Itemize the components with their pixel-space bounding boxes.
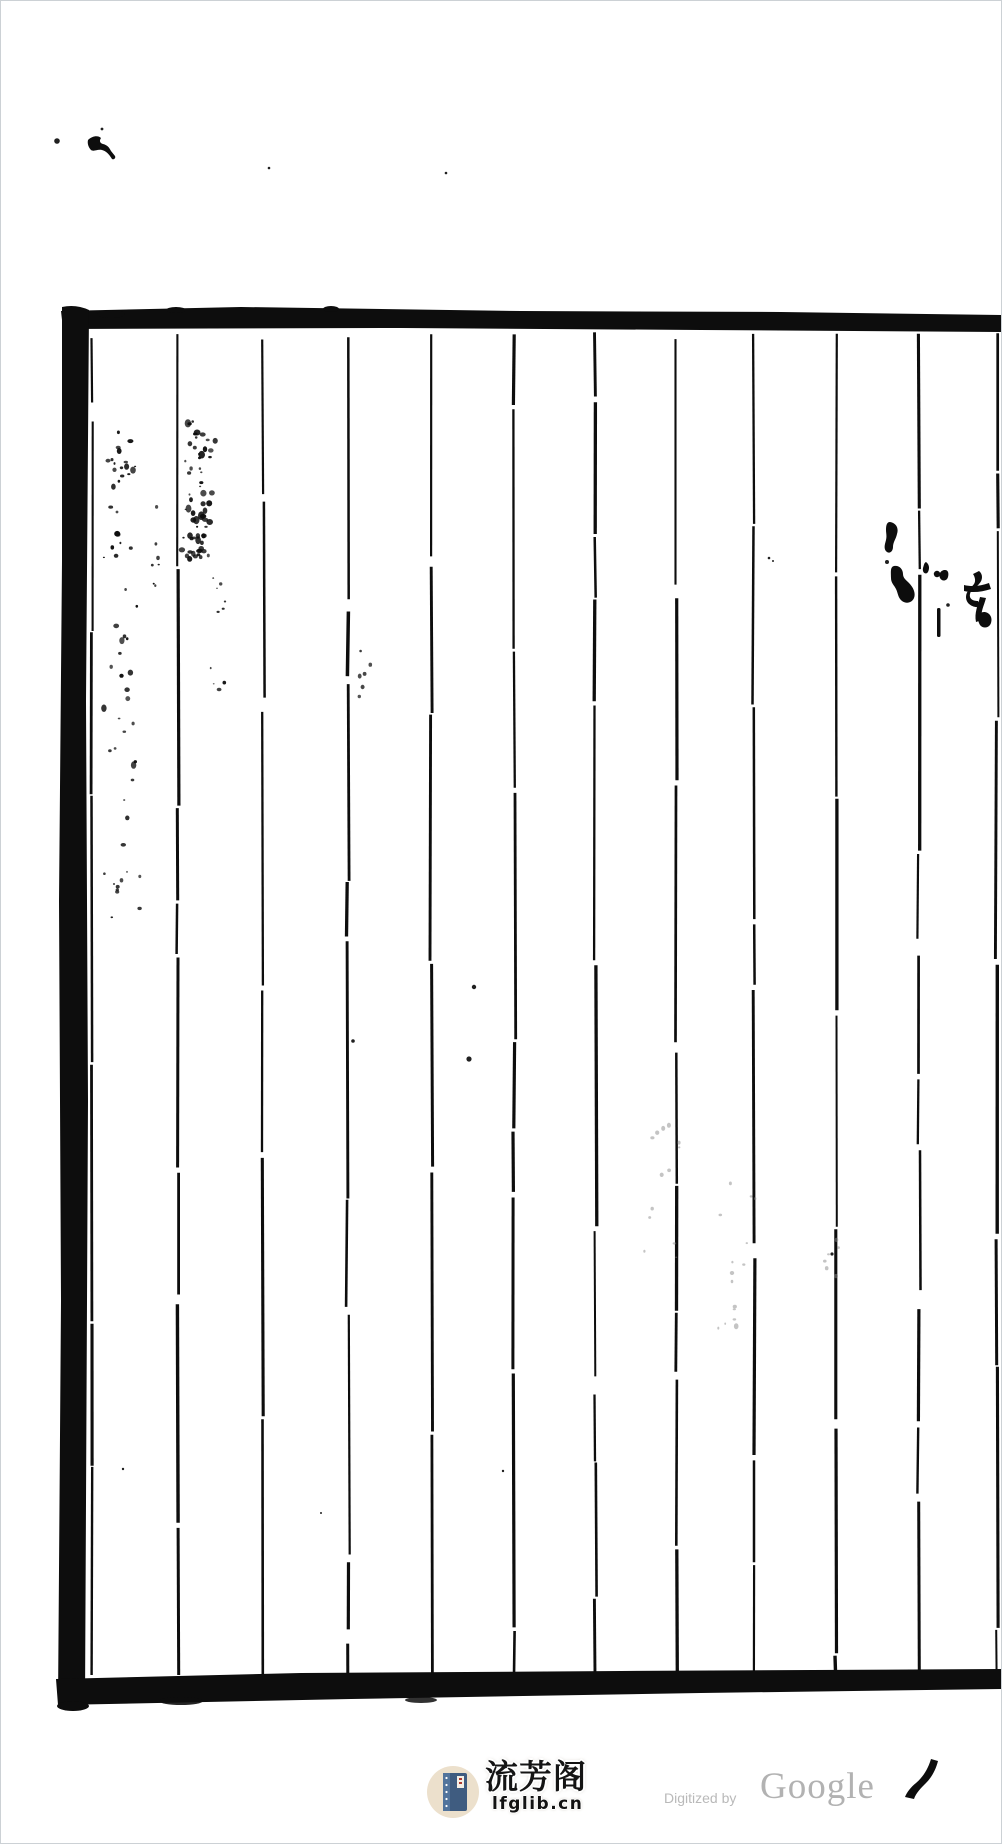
column-rule-line [92,1467,93,1675]
ink-speck [108,749,112,752]
ink-speck [746,1242,748,1244]
column-rule-line [677,1549,678,1675]
ink-speck [185,419,191,427]
column-rule-line [432,1173,433,1432]
column-rule-line [753,526,754,704]
column-rule-line [432,1435,433,1675]
column-rule-line [919,511,920,569]
column-rule-line [92,338,93,402]
column-rule-line [996,1239,997,1365]
ink-speck [212,577,214,578]
ink-speck [126,871,128,873]
ink-speck [116,885,120,889]
column-rule-line [596,965,597,1226]
ink-speck [203,446,207,452]
ink-dot [445,172,448,175]
ink-speck [112,468,116,472]
column-rule-line [595,1231,596,1376]
ink-speck [124,463,129,469]
ink-speck [108,506,113,509]
ink-speck [200,490,206,497]
ink-speck [837,1246,840,1249]
ink-speck [124,588,127,591]
ink-speck [219,582,222,585]
ink-speck [733,1318,737,1320]
ink-speck [154,584,156,587]
ink-speck [120,475,124,478]
ink-squiggle-top-left [88,136,116,159]
ink-dot [885,560,889,564]
column-rule-line [595,537,596,598]
page-frame-top-border [61,307,1002,332]
ink-speck [217,688,222,692]
column-rule-line [178,1528,179,1675]
ink-speck [358,695,361,698]
ink-speck [361,685,365,689]
ink-speck [113,883,115,885]
column-rule-line [513,1374,514,1628]
ink-dot [472,985,476,989]
column-rule-line [676,1380,677,1546]
column-rule-line [432,964,433,1167]
column-rule-line [754,1258,755,1455]
ink-speck [363,672,367,676]
ink-speck [667,1123,671,1128]
ink-speck [117,431,120,435]
ink-speck [115,890,119,893]
ink-speck [206,439,210,442]
ink-speck [129,546,133,549]
ink-speck [213,683,215,684]
ink-speck [136,605,139,608]
ink-speck [204,526,207,528]
ink-speck [200,541,204,545]
ink-dot [351,1039,355,1043]
ink-dot [466,1056,471,1061]
column-rule-line [754,707,755,919]
ink-dot [122,1468,124,1470]
ink-speck [118,480,121,483]
ink-speck [191,510,196,516]
ink-dot [768,557,771,560]
ink-speck [724,1323,726,1325]
column-rule-line [917,1428,918,1494]
ink-speck [138,875,141,878]
ink-speck [116,511,119,514]
ink-speck [207,554,210,558]
column-rule-line [515,793,516,1039]
column-rule-line [676,1053,677,1184]
ink-speck [118,652,122,655]
ink-speck [127,473,130,475]
ink-speck [650,1136,654,1139]
ink-speck [660,1173,664,1177]
ink-speck [224,601,226,603]
ink-dot [830,1252,833,1255]
ink-speck [675,1257,677,1258]
column-rule-line [917,854,918,939]
lfglib-logo-icon [427,1766,479,1818]
column-rule-line [349,1315,350,1555]
ink-speck [835,1238,839,1242]
ink-speck [118,718,121,720]
ink-speck [114,462,116,465]
ink-speck [369,663,373,667]
ink-speck [200,432,206,436]
column-rule-line [836,1429,837,1654]
column-rule-line [594,600,595,702]
ink-speck [119,542,121,544]
ink-speck [127,439,133,443]
ink-blot-cluster-right [885,522,992,637]
ink-speck [106,459,111,463]
ink-speck [209,490,215,495]
ink-speck [111,916,114,918]
ink-speck [128,670,133,676]
column-rule-line [346,1200,347,1307]
ink-dot [946,603,950,607]
ink-speck [200,471,202,473]
ink-speck [199,481,203,484]
ink-speck [182,537,184,539]
ink-speck [189,466,192,470]
ink-speck [208,456,212,458]
ink-speck [733,1308,736,1310]
ink-speck [206,519,213,525]
ink-speck [198,546,204,551]
ink-speck [158,564,160,566]
column-rule-line [347,941,348,1198]
ink-speck [184,460,186,463]
column-rule-line [918,334,919,509]
ink-speck [198,453,200,455]
ink-speck [717,1327,719,1330]
watermark-site-domain: lfglib.cn [492,1796,587,1813]
ink-speck [125,696,130,701]
ink-speck [222,608,225,610]
ink-speck [651,1207,654,1211]
ink-speck [111,484,116,490]
column-rule-line [92,796,93,1062]
column-rule-line [676,1313,677,1372]
ink-speck [199,555,203,559]
ink-speck [825,1266,829,1270]
ink-speck [119,674,123,678]
ink-speck [208,448,214,452]
lfglib-watermark: 流芳阁 lfglib.cn [485,1760,587,1813]
ink-speck [123,731,127,733]
ink-speck [729,1182,732,1186]
ink-speck [677,1141,680,1145]
ink-speck [156,556,160,560]
ink-speck [116,446,121,449]
ink-speck [111,458,114,461]
column-rule-line [430,715,431,961]
column-rule-line [919,1502,920,1675]
ink-speck [742,1263,745,1265]
ink-dot [101,128,104,131]
column-rule-line [347,612,348,677]
ink-speck [734,1323,739,1329]
ink-speck [126,637,129,640]
page-frame-left-border [58,306,89,1706]
ink-speck [151,564,154,567]
digitized-by-label: Digitized by [664,1790,736,1806]
ink-speck [125,816,129,821]
ink-speck [191,420,194,423]
ink-speck [190,537,194,540]
column-rule-line [347,882,348,937]
ink-speck [113,624,119,629]
ink-speck [206,500,212,506]
ink-speck [196,526,198,528]
ink-flick-bottom-right [905,1759,938,1799]
ink-speck [661,1126,665,1131]
ink-speck [187,471,191,475]
ink-dot [772,560,774,562]
ink-speck [194,430,201,436]
ink-speck [111,545,115,549]
column-rule-line [595,332,596,396]
column-rule-line [178,569,179,806]
ink-speck [223,681,227,685]
ink-speck [201,534,207,539]
column-rule-line [995,721,996,959]
column-rule-line [513,334,514,405]
ink-speck [103,557,105,558]
ink-speck [213,438,218,444]
column-rule-line [264,502,265,698]
ink-speck [114,554,119,558]
ink-speck [123,634,127,638]
ink-speck [201,501,206,506]
ink-speck [124,687,129,692]
column-rule-line [431,567,432,713]
column-rule-line [514,1042,515,1128]
ink-speck [114,747,117,750]
ink-speck [823,1260,827,1263]
ink-speck [120,466,123,469]
column-rule-line [262,340,263,495]
column-rule-line [594,1599,595,1675]
ink-speck [834,1274,838,1278]
column-rule-line [262,712,263,986]
ink-speck [655,1131,659,1135]
column-rule-line [753,990,754,1243]
ink-speck [110,665,113,669]
column-rule-line [177,1304,178,1523]
ink-speck [123,799,125,801]
ink-speck [216,588,218,589]
ink-speck [189,493,191,495]
ink-speck [730,1271,734,1275]
ink-speck [731,1261,733,1264]
watermark-site-name: 流芳阁 [485,1760,587,1793]
ink-speck [115,532,121,537]
column-rule-line [753,334,754,524]
ink-speck [120,878,124,882]
ink-speck [750,1195,753,1197]
ink-speck [198,511,205,520]
ink-speck [673,1242,677,1244]
ink-speck [131,779,135,782]
column-rule-line [177,904,178,954]
column-rule-line [262,1158,263,1416]
ink-speck [754,1197,756,1200]
ink-speck [131,761,136,768]
ink-dot [502,1470,504,1472]
column-rule-line [348,684,349,881]
ink-speck [153,583,155,585]
ink-speck [210,667,212,669]
column-rule-line [596,1463,597,1597]
ink-speck [134,466,136,467]
column-rule-line [997,1367,998,1628]
ink-speck [103,872,106,875]
ink-speck [101,705,106,712]
ink-speck [733,1305,737,1309]
ink-speck [719,1214,723,1217]
ink-speck [130,467,136,474]
ink-speck [199,467,201,470]
ink-dot [320,1512,322,1514]
ink-speck [827,1253,830,1255]
column-rule-line [676,786,677,1043]
ink-speck [188,441,193,446]
ink-speck [132,722,135,726]
ink-speck [359,650,362,653]
ink-speck [189,497,193,502]
ink-speck [643,1250,645,1253]
ink-speck [667,1169,671,1173]
ink-speck [155,505,158,509]
ink-dot [54,138,60,144]
scanned-book-page: 流芳阁 lfglib.cn Digitized by Google [0,0,1002,1844]
column-rule-line [836,334,837,573]
ink-speck [648,1216,651,1219]
column-rule-line [998,474,999,529]
ink-speck [186,505,192,513]
ink-speck [121,843,126,847]
ink-speck [137,907,141,910]
ink-speck [358,674,362,679]
column-rule-line [514,652,515,788]
column-rule-line [920,1150,921,1290]
column-rule-line [918,1309,919,1421]
ink-speck [217,611,220,613]
scan-artwork [1,1,1002,1844]
column-rule-line [595,1395,596,1462]
ink-speck [179,547,185,552]
ink-speck [199,486,201,488]
scan-noise [54,128,998,1675]
google-wordmark: Google [760,1768,875,1805]
ink-speck [731,1280,734,1283]
ink-speck [187,556,192,562]
ink-speck [195,436,198,438]
ink-speck [193,446,197,450]
ink-speck [124,461,128,464]
ink-dot [268,167,271,170]
column-rule-line [998,531,999,717]
column-rule-line [514,1631,515,1675]
ink-speck [678,1146,680,1148]
ink-speck [187,550,192,553]
column-rule-line [918,1079,919,1144]
ink-speck [155,542,158,545]
